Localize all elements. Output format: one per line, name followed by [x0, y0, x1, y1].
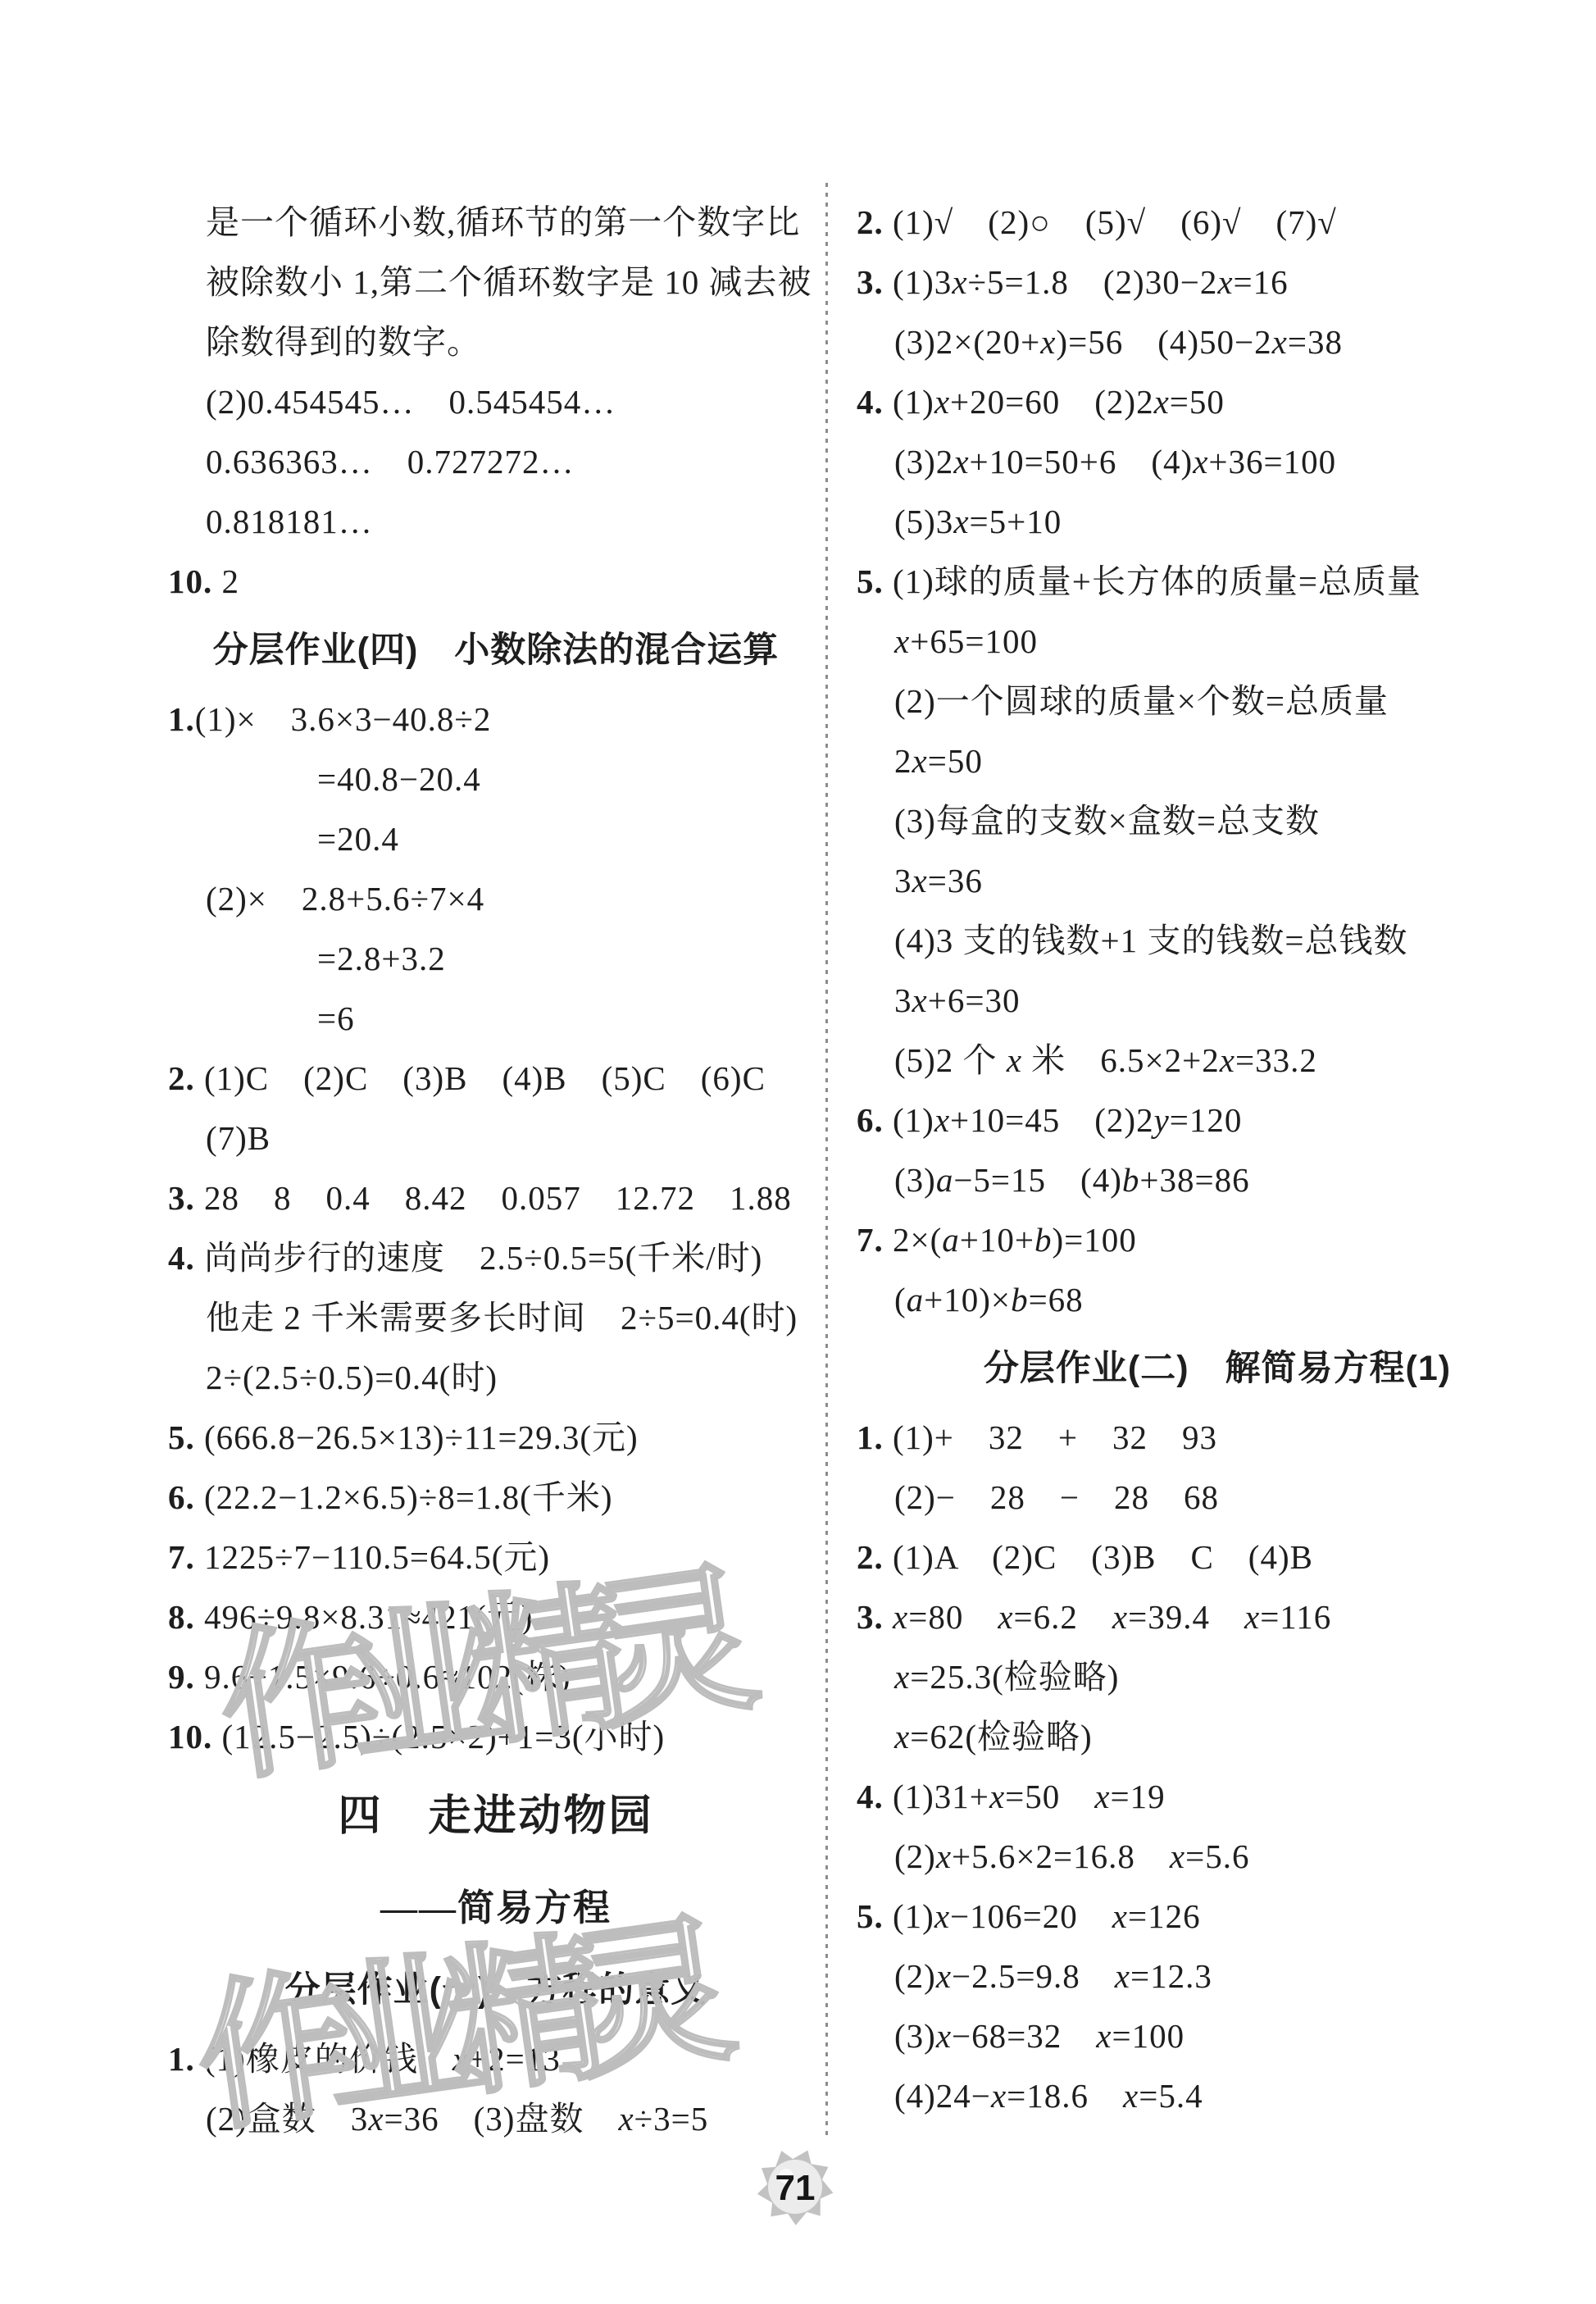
- answer-line: 2. (1)C (2)C (3)B (4)B (5)C (6)C: [168, 1049, 824, 1109]
- answer-line: 2. (1)A (2)C (3)B C (4)B: [857, 1528, 1578, 1587]
- answer-text: ——简易方程: [380, 1887, 612, 1928]
- answer-line: 3. (1)3x÷5=1.8 (2)30−2x=16: [857, 253, 1578, 312]
- answer-line: (3)2×(20+x)=56 (4)50−2x=38: [857, 312, 1578, 372]
- item-number: 10.: [168, 1718, 212, 1755]
- answer-text: (2)− 28 − 28 68: [894, 1478, 1219, 1516]
- page-number-badge: 71: [750, 2142, 840, 2232]
- item-number: 6.: [857, 1101, 884, 1139]
- answer-text: 496÷9.8×8.31≈421(元): [195, 1598, 534, 1636]
- answer-text: (4)3 支的钱数+1 支的钱数=总钱数: [894, 922, 1408, 959]
- answer-line: x=25.3(检验略): [857, 1647, 1578, 1707]
- chapter-subtitle: ——简易方程: [168, 1865, 824, 1951]
- answer-line: (2)x−2.5=9.8 x=12.3: [857, 1947, 1578, 2006]
- workbook-page: { "page": { "number": "71", "watermark":…: [0, 0, 1596, 2304]
- answer-text: 他走 2 千米需要多长时间 2÷5=0.4(时): [206, 1299, 798, 1336]
- answer-text: 除数得到的数字。: [206, 323, 481, 361]
- item-number: 3.: [168, 1179, 195, 1217]
- answer-line: =6: [168, 989, 824, 1049]
- answer-line: 1. (1)+ 32 + 32 93: [857, 1408, 1578, 1468]
- answer-line: 是一个循环小数,循环节的第一个数字比: [168, 193, 824, 253]
- section-heading: 分层作业(二) 解简易方程(1): [857, 1330, 1578, 1408]
- answer-text: (12.5−2.5)÷(2.5×2)+1=3(小时): [212, 1718, 665, 1755]
- answer-line: =40.8−20.4: [168, 749, 824, 809]
- answer-line: 4. (1)31+x=50 x=19: [857, 1767, 1578, 1827]
- answer-text: 分层作业(二) 解简易方程(1): [984, 1349, 1451, 1388]
- answer-text: 是一个循环小数,循环节的第一个数字比: [206, 203, 800, 241]
- answer-line: 3. 28 8 0.4 8.42 0.057 12.72 1.88: [168, 1168, 824, 1228]
- answer-text: 9.6÷1.5×9.6÷0.6≈102(株): [195, 1658, 571, 1696]
- answer-line: 7. 2×(a+10+b)=100: [857, 1210, 1578, 1270]
- item-number: 5.: [857, 562, 884, 600]
- answer-text: 分层作业(一) 方程的意义: [285, 1970, 707, 2010]
- item-number: 9.: [168, 1658, 195, 1696]
- answer-line: (2)x+5.6×2=16.8 x=5.6: [857, 1827, 1578, 1887]
- answer-line: 0.636363… 0.727272…: [168, 432, 824, 492]
- answer-text: =2.8+3.2: [317, 940, 446, 977]
- answer-text: (3)x−68=32 x=100: [894, 2017, 1184, 2055]
- answer-text: 分层作业(四) 小数除法的混合运算: [213, 631, 780, 670]
- answer-text: (3)a−5=15 (4)b+38=86: [894, 1161, 1250, 1199]
- answer-line: (5)2 个 x 米 6.5×2+2x=33.2: [857, 1031, 1578, 1091]
- answer-text: 2÷(2.5÷0.5)=0.4(时): [206, 1359, 498, 1396]
- answer-line: 2. (1)√ (2)○ (5)√ (6)√ (7)√: [857, 193, 1578, 253]
- answer-line: 1. (1)橡皮的价钱 x+2=13: [168, 2029, 824, 2089]
- answer-text: 四 走进动物园: [338, 1792, 653, 1840]
- answer-text: (1)x+20=60 (2)2x=50: [884, 383, 1225, 421]
- answer-text: (a+10)×b=68: [894, 1281, 1084, 1318]
- item-number: 1.: [857, 1418, 884, 1456]
- answer-text: (1)A (2)C (3)B C (4)B: [884, 1538, 1313, 1576]
- answer-text: (1)+ 32 + 32 93: [884, 1418, 1217, 1456]
- item-number: 3.: [857, 1598, 884, 1636]
- item-number: 1.: [168, 2040, 195, 2078]
- answer-line: (3)x−68=32 x=100: [857, 2006, 1578, 2066]
- answer-line: 2÷(2.5÷0.5)=0.4(时): [168, 1348, 824, 1408]
- answer-text: (3)每盒的支数×盒数=总支数: [894, 802, 1320, 840]
- answer-text: x+65=100: [894, 622, 1038, 660]
- answer-line: 3x+6=30: [857, 971, 1578, 1031]
- answer-line: (3)2x+10=50+6 (4)x+36=100: [857, 432, 1578, 492]
- answer-text: 28 8 0.4 8.42 0.057 12.72 1.88: [195, 1179, 792, 1217]
- answer-text: (1)31+x=50 x=19: [884, 1778, 1166, 1815]
- answer-text: x=25.3(检验略): [894, 1658, 1119, 1696]
- item-number: 5.: [168, 1418, 195, 1456]
- answer-line: 6. (22.2−1.2×6.5)÷8=1.8(千米): [168, 1468, 824, 1528]
- answer-line: =20.4: [168, 809, 824, 869]
- answer-line: 3. x=80 x=6.2 x=39.4 x=116: [857, 1587, 1578, 1647]
- column-divider-dashed: [825, 183, 828, 2138]
- answer-text: (1)C (2)C (3)B (4)B (5)C (6)C: [195, 1059, 766, 1097]
- answer-text: (2)x+5.6×2=16.8 x=5.6: [894, 1837, 1249, 1875]
- answer-line: =2.8+3.2: [168, 929, 824, 989]
- answer-text: =40.8−20.4: [317, 760, 481, 798]
- item-number: 4.: [857, 383, 884, 421]
- answer-text: (2)x−2.5=9.8 x=12.3: [894, 1957, 1212, 1995]
- answer-text: (1)球的质量+长方体的质量=总质量: [884, 562, 1421, 600]
- answer-text: (5)2 个 x 米 6.5×2+2x=33.2: [894, 1041, 1317, 1079]
- answer-text: 1225÷7−110.5=64.5(元): [195, 1538, 550, 1576]
- answer-line: (5)3x=5+10: [857, 492, 1578, 552]
- answer-line: (2)0.454545… 0.545454…: [168, 372, 824, 432]
- answer-text: 2×(a+10+b)=100: [884, 1221, 1137, 1259]
- item-number: 7.: [168, 1538, 195, 1576]
- answer-line: 4. 尚尚步行的速度 2.5÷0.5=5(千米/时): [168, 1228, 824, 1288]
- answer-line: x=62(检验略): [857, 1707, 1578, 1767]
- answer-text: 0.818181…: [206, 503, 373, 540]
- answer-line: (4)3 支的钱数+1 支的钱数=总钱数: [857, 911, 1578, 971]
- answer-text: (22.2−1.2×6.5)÷8=1.8(千米): [195, 1478, 613, 1516]
- answer-line: 8. 496÷9.8×8.31≈421(元): [168, 1587, 824, 1647]
- answer-text: (7)B: [206, 1119, 271, 1157]
- answer-text: (1)x−106=20 x=126: [884, 1897, 1201, 1935]
- section-heading: 分层作业(一) 方程的意义: [168, 1951, 824, 2029]
- answer-text: x=62(检验略): [894, 1718, 1093, 1755]
- item-number: 2.: [168, 1059, 195, 1097]
- item-number: 6.: [168, 1478, 195, 1516]
- answer-line: 5. (666.8−26.5×13)÷11=29.3(元): [168, 1408, 824, 1468]
- answer-text: (2)一个圆球的质量×个数=总质量: [894, 682, 1389, 720]
- answer-text: (2)× 2.8+5.6÷7×4: [206, 880, 484, 918]
- answer-line: 2x=50: [857, 731, 1578, 791]
- answer-text: (1)3x÷5=1.8 (2)30−2x=16: [884, 263, 1289, 301]
- column-left: 是一个循环小数,循环节的第一个数字比被除数小 1,第二个循环数字是 10 减去被…: [168, 193, 824, 2149]
- answer-text: 尚尚步行的速度 2.5÷0.5=5(千米/时): [195, 1239, 763, 1277]
- section-heading: 分层作业(四) 小数除法的混合运算: [168, 612, 824, 690]
- page-canvas: 是一个循环小数,循环节的第一个数字比被除数小 1,第二个循环数字是 10 减去被…: [0, 0, 1596, 2304]
- answer-text: 2: [212, 562, 239, 600]
- answer-line: 10. 2: [168, 552, 824, 612]
- item-number: 2.: [857, 1538, 884, 1576]
- item-number: 3.: [857, 263, 884, 301]
- answer-line: 5. (1)x−106=20 x=126: [857, 1887, 1578, 1947]
- item-number: 4.: [168, 1239, 195, 1277]
- page-number: 71: [775, 2168, 816, 2208]
- item-number: 7.: [857, 1221, 884, 1259]
- answer-line: (4)24−x=18.6 x=5.4: [857, 2066, 1578, 2126]
- answer-line: 他走 2 千米需要多长时间 2÷5=0.4(时): [168, 1288, 824, 1348]
- item-number: 8.: [168, 1598, 195, 1636]
- answer-line: (a+10)×b=68: [857, 1270, 1578, 1330]
- answer-line: (2)× 2.8+5.6÷7×4: [168, 869, 824, 929]
- chapter-title: 四 走进动物园: [168, 1767, 824, 1865]
- answer-text: (1)橡皮的价钱 x+2=13: [195, 2040, 561, 2078]
- answer-text: (3)2x+10=50+6 (4)x+36=100: [894, 443, 1336, 480]
- answer-line: 9. 9.6÷1.5×9.6÷0.6≈102(株): [168, 1647, 824, 1707]
- answer-text: x=80 x=6.2 x=39.4 x=116: [884, 1598, 1332, 1636]
- answer-text: (2)盒数 3x=36 (3)盘数 x÷3=5: [206, 2100, 708, 2138]
- answer-text: (1)√ (2)○ (5)√ (6)√ (7)√: [884, 203, 1337, 241]
- answer-text: (5)3x=5+10: [894, 503, 1062, 540]
- answer-text: 3x+6=30: [894, 981, 1020, 1019]
- answer-text: 3x=36: [894, 862, 983, 899]
- answer-line: 7. 1225÷7−110.5=64.5(元): [168, 1528, 824, 1587]
- answer-line: 被除数小 1,第二个循环数字是 10 减去被: [168, 253, 824, 312]
- item-number: 5.: [857, 1897, 884, 1935]
- answer-line: (3)每盒的支数×盒数=总支数: [857, 791, 1578, 851]
- answer-line: 除数得到的数字。: [168, 312, 824, 372]
- answer-text: 被除数小 1,第二个循环数字是 10 减去被: [206, 263, 812, 301]
- answer-text: (1)× 3.6×3−40.8÷2: [195, 700, 492, 738]
- answer-text: (3)2×(20+x)=56 (4)50−2x=38: [894, 323, 1343, 361]
- answer-line: x+65=100: [857, 612, 1578, 672]
- answer-line: 0.818181…: [168, 492, 824, 552]
- answer-line: 6. (1)x+10=45 (2)2y=120: [857, 1091, 1578, 1150]
- answer-text: 2x=50: [894, 742, 983, 780]
- answer-text: (4)24−x=18.6 x=5.4: [894, 2077, 1203, 2115]
- answer-line: (2)一个圆球的质量×个数=总质量: [857, 672, 1578, 731]
- answer-text: =20.4: [317, 820, 399, 858]
- answer-line: (2)− 28 − 28 68: [857, 1468, 1578, 1528]
- answer-text: 0.636363… 0.727272…: [206, 443, 575, 480]
- answer-line: 5. (1)球的质量+长方体的质量=总质量: [857, 552, 1578, 612]
- answer-text: (1)x+10=45 (2)2y=120: [884, 1101, 1243, 1139]
- answer-line: 10. (12.5−2.5)÷(2.5×2)+1=3(小时): [168, 1707, 824, 1767]
- answer-line: 4. (1)x+20=60 (2)2x=50: [857, 372, 1578, 432]
- answer-text: =6: [317, 999, 355, 1037]
- item-number: 4.: [857, 1778, 884, 1815]
- answer-text: (666.8−26.5×13)÷11=29.3(元): [195, 1418, 639, 1456]
- item-number: 2.: [857, 203, 884, 241]
- column-right: 2. (1)√ (2)○ (5)√ (6)√ (7)√3. (1)3x÷5=1.…: [857, 193, 1578, 2126]
- answer-text: (2)0.454545… 0.545454…: [206, 383, 616, 421]
- answer-line: 1.(1)× 3.6×3−40.8÷2: [168, 690, 824, 749]
- item-number: 1.: [168, 700, 195, 738]
- item-number: 10.: [168, 562, 212, 600]
- answer-line: (2)盒数 3x=36 (3)盘数 x÷3=5: [168, 2089, 824, 2149]
- answer-line: (3)a−5=15 (4)b+38=86: [857, 1150, 1578, 1210]
- answer-line: 3x=36: [857, 851, 1578, 911]
- answer-line: (7)B: [168, 1109, 824, 1168]
